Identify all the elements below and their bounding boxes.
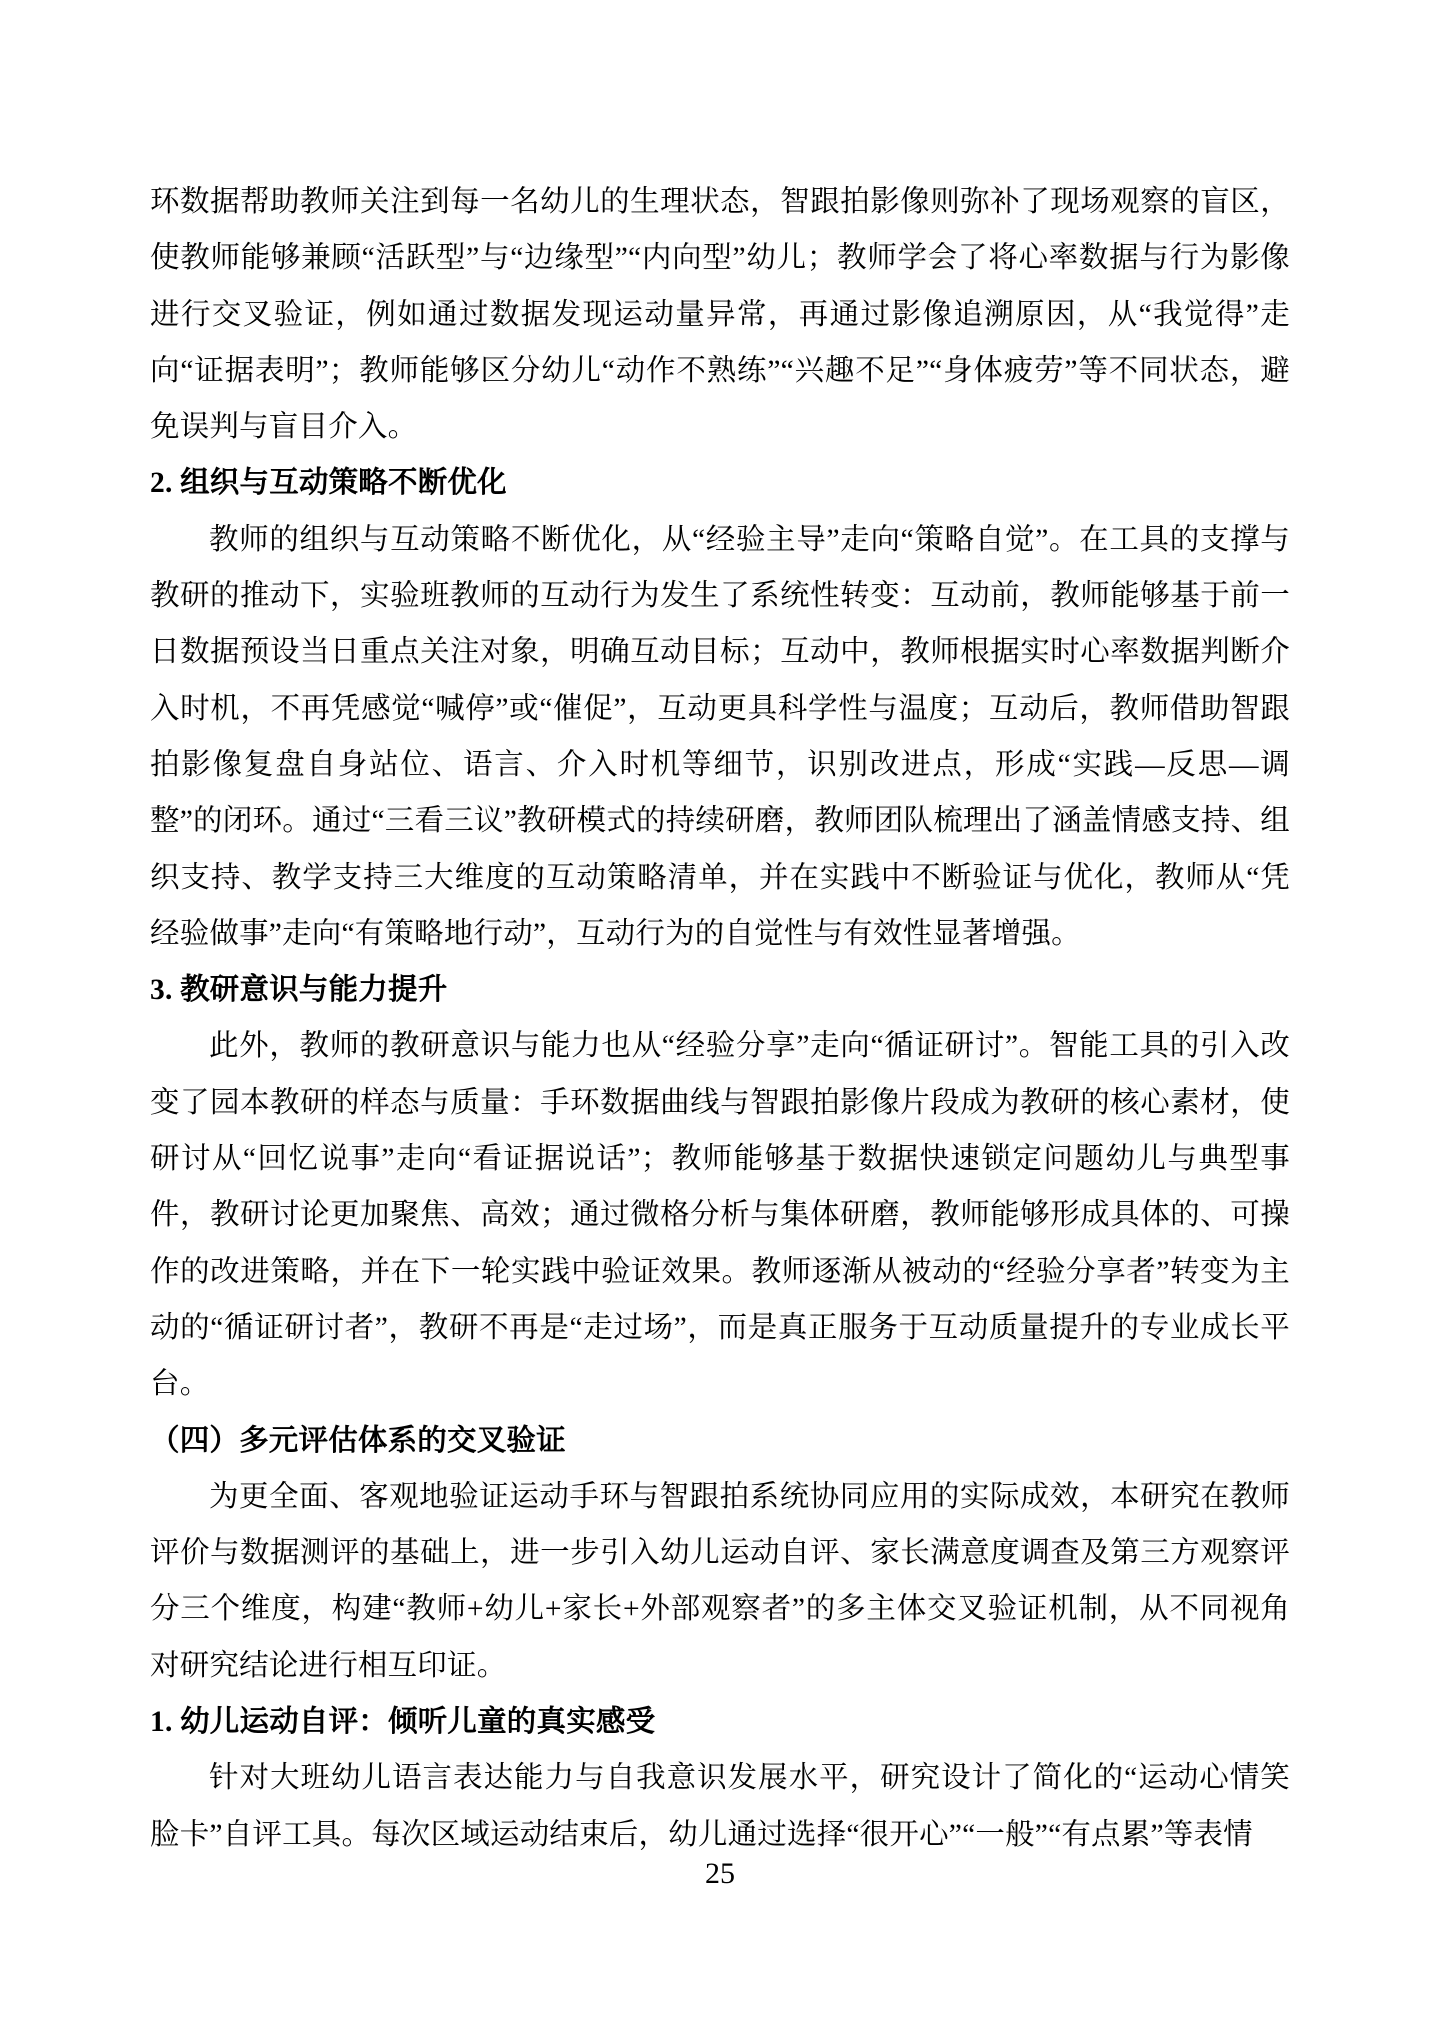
page-number: 25	[0, 1856, 1440, 1892]
paragraph-data-cross-validation: 环数据帮助教师关注到每一名幼儿的生理状态，智跟拍影像则弥补了现场观察的盲区，使教…	[150, 174, 1290, 455]
heading-child-self-assessment: 1. 幼儿运动自评：倾听儿童的真实感受	[150, 1694, 1290, 1750]
heading-research-awareness: 3. 教研意识与能力提升	[150, 962, 1290, 1018]
paragraph-multi-evaluation-system: 为更全面、客观地验证运动手环与智跟拍系统协同应用的实际成效，本研究在教师评价与数…	[150, 1469, 1290, 1694]
paragraph-research-awareness: 此外，教师的教研意识与能力也从“经验分享”走向“循证研讨”。智能工具的引入改变了…	[150, 1018, 1290, 1412]
paragraph-strategy-optimization: 教师的组织与互动策略不断优化，从“经验主导”走向“策略自觉”。在工具的支撑与教研…	[150, 512, 1290, 962]
heading-multi-evaluation-system: （四）多元评估体系的交叉验证	[150, 1413, 1290, 1469]
paragraph-child-self-assessment: 针对大班幼儿语言表达能力与自我意识发展水平，研究设计了简化的“运动心情笑脸卡”自…	[150, 1750, 1290, 1863]
heading-strategy-optimization: 2. 组织与互动策略不断优化	[150, 455, 1290, 511]
page-content: 环数据帮助教师关注到每一名幼儿的生理状态，智跟拍影像则弥补了现场观察的盲区，使教…	[150, 174, 1290, 1863]
document-page: 环数据帮助教师关注到每一名幼儿的生理状态，智跟拍影像则弥补了现场观察的盲区，使教…	[0, 0, 1440, 2036]
